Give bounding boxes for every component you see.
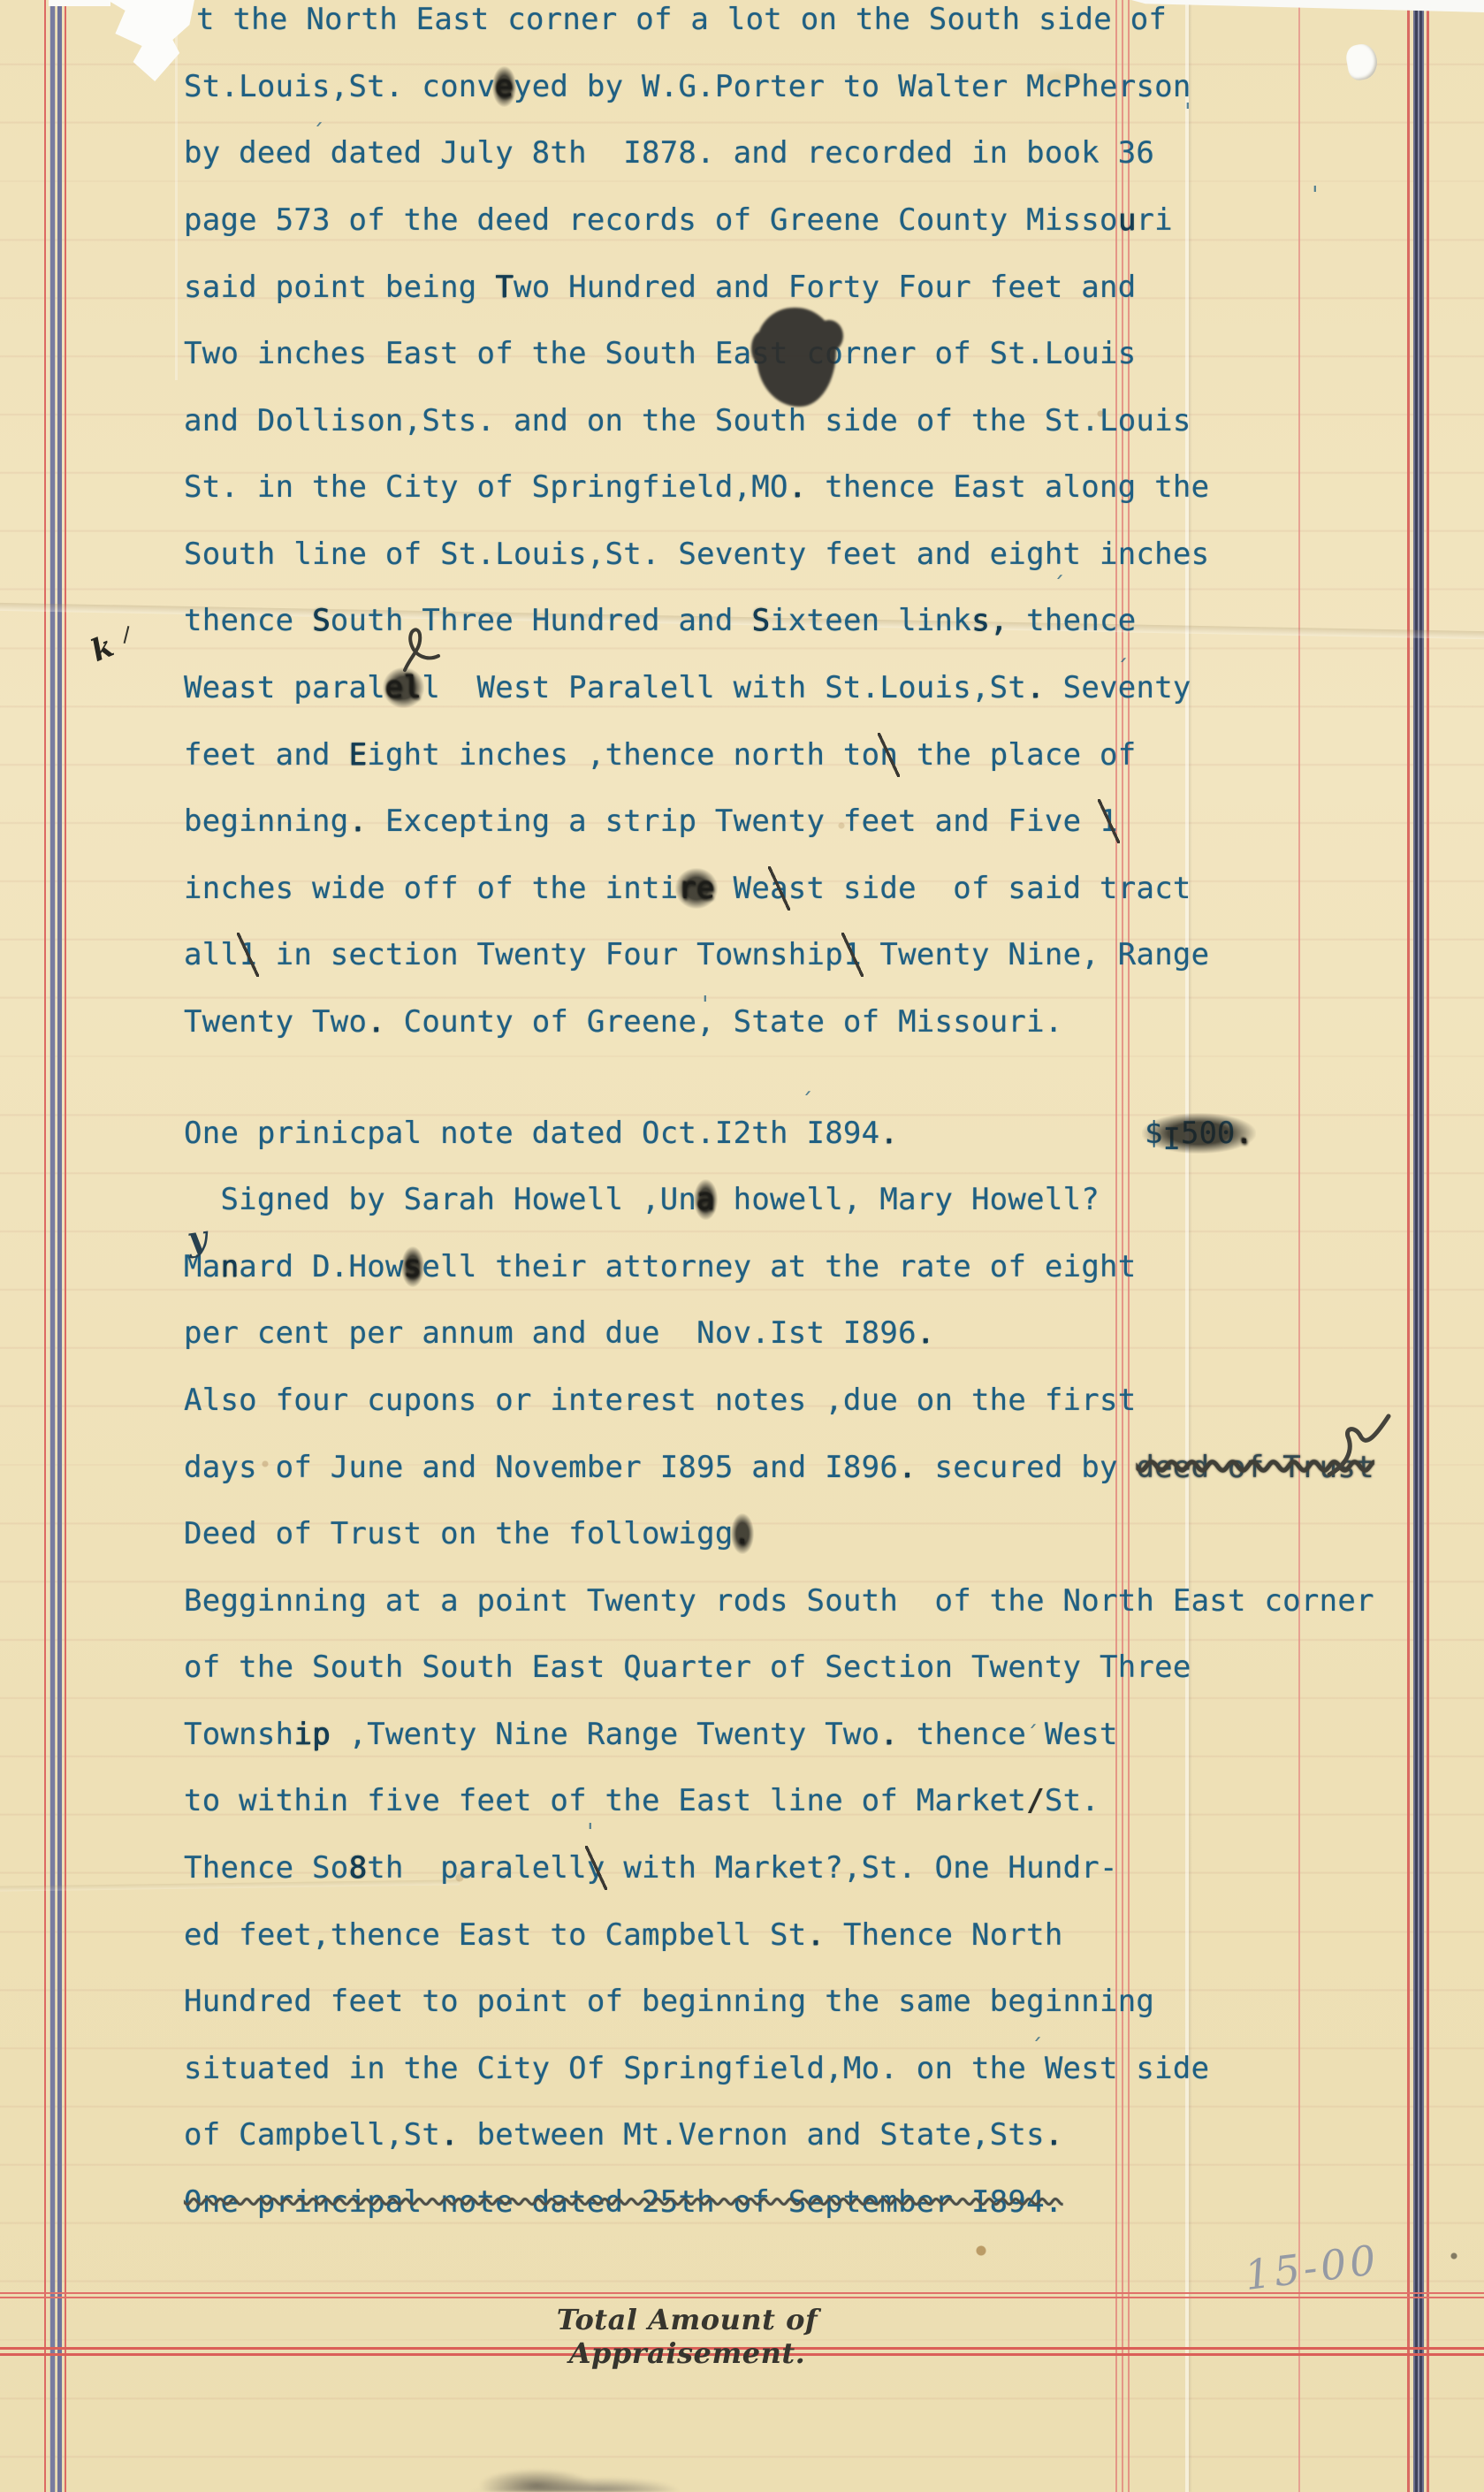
typed-line: St.Louis,St. conveyed by W.G.Porter to W… [184,69,1191,104]
typed-segment: We [715,871,770,906]
typed-line: to within five feet of the East line of … [184,1783,1100,1818]
typed-segment: ri [1136,202,1172,238]
typed-line: Manard D.Howsell their attorney at the r… [184,1249,1136,1284]
typed-segment: Signed by Sarah Howell ,Un [184,1182,696,1217]
stray-ink-mark: ' [1308,182,1322,209]
typed-segment-ov: re [678,871,714,906]
typed-line: said point being Two Hundred and Forty F… [184,270,1136,305]
typed-segment: St.Louis,St. conv [184,69,495,104]
typed-segment: Hundred feet to point of beginning the s… [184,1984,1154,2019]
typed-segment: secured by [917,1450,1137,1485]
typed-segment: Thence So [184,1850,348,1886]
stray-ink-mark: ´ [1030,2035,1044,2061]
typed-segment-dk: . [898,1450,917,1485]
ink-flourish-mark [1324,1411,1395,1482]
typed-segment: thence [1008,603,1136,638]
typed-line: inches wide off of the intire Weast side… [184,871,1191,906]
typed-segment-dk: . [806,1917,825,1953]
typed-line: thence South Three Hundred and Sixteen l… [184,603,1137,638]
typed-segment-sl: a [770,871,788,906]
typed-line: Two inches East of the South East corner… [184,336,1136,371]
stray-ink-mark: ' [583,1819,597,1846]
typed-segment: ed feet,thence East to Campbell St [184,1917,806,1953]
typed-line: feet and Eight inches ,thence north ton … [184,737,1136,773]
typed-segment: all [184,937,239,972]
typed-line: Hundred feet to point of beginning the s… [184,1984,1154,2019]
typed-line: situated in the City Of Springfield,Mo. … [184,2051,1209,2086]
typed-segment: ell their attorney at the rate of eight [422,1249,1136,1284]
typed-segment: Twenty Two [184,1004,367,1040]
typed-segment: said point being [184,270,495,305]
amount-column-red-line-3 [1128,0,1130,2492]
typed-segment: Townsh [184,1717,293,1752]
typed-segment: Twenty Nine, Range [862,937,1210,972]
typed-line: Twenty Two. County of Greene, State of M… [184,1004,1063,1040]
typed-segment-ov: . [1235,1116,1252,1151]
typed-segment-dk: n [220,1249,239,1284]
typed-segment: beginning [184,804,348,839]
typed-line: St. in the City of Springfield,MO. thenc… [184,469,1209,505]
torn-edge-strip [49,0,110,6]
typed-segment: outh Three Hundred and [331,603,752,638]
typed-segment: feet and [184,737,348,773]
typed-segment: thence East along the [807,469,1210,505]
typed-segment: thence [184,603,312,638]
typed-segment-dk: . [879,1717,898,1752]
stray-ink-mark: ' [1181,99,1195,126]
typed-segment-pen: / [1026,1783,1045,1818]
typed-segment-dk: S [751,603,770,638]
cents-column-red-line [1298,0,1300,2492]
typed-segment: County of Greene, State of Missouri. [385,1004,1063,1040]
printed-footer-label: Total Amount of Appraisement. [455,2303,919,2370]
typed-segment-wavy2: One principal note dated 25th of Septemb… [184,2184,1063,2220]
typed-line: per cent per annum and due Nov.Ist I896. [184,1315,935,1351]
typed-segment: Two inches East of the South East corner… [184,336,1136,371]
typed-segment-ov: . [734,1516,752,1551]
amount-column-red-line-1 [1115,0,1117,2492]
typed-line: by deed dated July 8th I878. and recorde… [184,135,1154,171]
left-margin-blue-line-1 [50,0,55,2492]
typed-segment-dk: 8 [348,1850,367,1886]
typed-segment-dk: T [495,270,514,305]
stray-ink-mark: ´ [1052,573,1066,599]
typed-segment: per cent per annum and due Nov.Ist I896 [184,1315,917,1351]
typed-segment: between Mt.Vernon and State,Sts [459,2117,1045,2153]
typed-segment-dk: . [1045,2117,1063,2153]
typed-line: Begginning at a point Twenty rods South … [184,1583,1374,1619]
typed-line: Also four cupons or interest notes ,due … [184,1383,1136,1418]
torn-edge-top-right [1131,0,1484,12]
typed-segment: to within five feet of the East line of … [184,1783,1026,1818]
typed-segment-dk: S [312,603,331,638]
typed-segment: of Campbell,St [184,2117,440,2153]
typed-segment-sl: n [879,737,898,773]
typed-segment-dk: . [1026,670,1045,705]
handwritten-margin-mark: k [86,629,118,669]
typed-segment: st side of said tract [788,871,1191,906]
typed-segment: St. in the City of Springfield,MO [184,469,788,505]
typed-segment-sl: 1 [1100,804,1118,839]
typed-segment: Begginning at a point Twenty rods South … [184,1583,1374,1619]
typed-segment: l West Paralell with St.Louis,St [422,670,1026,705]
typed-segment: and Dollison,Sts. and on the South side … [184,403,1191,438]
typed-segment: Also four cupons or interest notes ,due … [184,1383,1136,1418]
typed-segment: One prinicpal note dated Oct.I2th I894 [184,1116,879,1151]
appraisal-document-page: t the North East corner of a lot on the … [0,0,1484,2492]
typed-segment-dk: . [367,1004,385,1040]
typed-segment: Thence North [825,1917,1062,1953]
typed-segment: t the North East corner of a lot on the … [196,2,1167,37]
typed-segment-dk: u [1118,202,1137,238]
typed-line: of the South South East Quarter of Secti… [184,1650,1191,1685]
typed-segment: Weast paral [184,670,385,705]
typed-segment: yed by W.G.Porter to Walter McPherson [514,69,1191,104]
left-margin-blue-line-2 [57,0,62,2492]
vertical-fold-crease [1185,0,1189,2492]
stray-ink-mark: ´ [800,1089,814,1116]
typed-segment: of the South South East Quarter of Secti… [184,1650,1191,1685]
typed-segment-dk: s, [971,603,1008,638]
typed-segment: ight inches ,thence north to [367,737,879,773]
typed-segment: situated in the City Of Springfield,Mo. … [184,2051,1209,2086]
typed-segment-dk: ip [293,1717,330,1752]
typed-segment: thence West [898,1717,1118,1752]
typed-segment: with Market?,St. One Hundr- [605,1850,1118,1886]
right-margin-red-line-outer [1407,0,1410,2492]
left-margin-red-line-inner [65,0,66,2492]
typed-segment: in section Twenty Four Township [257,937,843,972]
typed-line: ed feet,thence East to Campbell St. Then… [184,1917,1063,1953]
right-margin-red-line-inner [1427,0,1429,2492]
typed-segment-ov: a [696,1182,715,1217]
typed-segment: th paralell [367,1850,587,1886]
typed-segment-sl: 1 [843,937,862,972]
typed-segment: South line of St.Louis,St. Seventy feet … [184,537,1209,572]
typed-segment: ixteen link [770,603,971,638]
typed-line: Thence So8th paralelly with Market?,St. … [184,1850,1118,1886]
stray-ink-mark: ´ [311,120,325,147]
typed-line: and Dollison,Sts. and on the South side … [184,403,1191,438]
amount-column-red-line-2 [1122,0,1123,2492]
typed-segment: days of June and November I895 and I896 [184,1450,898,1485]
typed-segment: inches wide off of the inti [184,871,678,906]
typed-line: Township ,Twenty Nine Range Twenty Two. … [184,1717,1118,1752]
typed-segment-dk: . [788,469,807,505]
typed-segment-sl: y [587,1850,605,1886]
stray-ink-mark: ' [698,992,712,1018]
ink-loop-mark [398,622,444,677]
paper-chip-top-right [1344,42,1380,81]
typed-line: beginning. Excepting a strip Twenty feet… [184,804,1118,839]
typed-segment: by deed dated July 8th I878. and recorde… [184,135,1154,171]
typed-line: days of June and November I895 and I896.… [184,1450,1374,1485]
left-margin-red-line-outer [44,0,46,2492]
typed-segment-sl: 1 [239,937,257,972]
typed-line: of Campbell,St. between Mt.Vernon and St… [184,2117,1063,2153]
typed-segment: page 573 of the deed records of Greene C… [184,202,1118,238]
typed-line: One prinicpal note dated Oct.I2th I894. [184,1116,898,1151]
stray-ink-mark: ´ [1025,1722,1039,1749]
typed-line: t the North East corner of a lot on the … [196,2,1167,37]
typed-segment: Excepting a strip Twenty feet and Five [367,804,1100,839]
typed-line: South line of St.Louis,St. Seventy feet … [184,537,1209,572]
typed-segment-dk: . [440,2117,459,2153]
ink-blot [757,308,836,407]
typed-segment-dk: . [917,1315,935,1351]
typed-line: One principal note dated 25th of Septemb… [184,2184,1063,2220]
typed-segment: Deed of Trust on the followigg [184,1516,734,1551]
typed-line: Signed by Sarah Howell ,Una howell, Mary… [184,1182,1100,1217]
typed-segment-ov: e [495,69,514,104]
typed-line: Weast paralell West Paralell with St.Lou… [184,670,1191,705]
typed-line: page 573 of the deed records of Greene C… [184,202,1173,238]
typed-segment-dk: . [879,1116,898,1151]
typed-segment: howell, Mary Howell? [715,1182,1100,1217]
bottom-edge-smudge [446,2459,703,2492]
typed-segment: the place of [898,737,1136,773]
typed-segment-dk: E [348,737,367,773]
typed-segment: ard D.How [239,1249,403,1284]
typed-segment: ,Twenty Nine Range Twenty Two [331,1717,880,1752]
handwritten-amount-pencil: 15-00 [1242,2236,1381,2299]
typed-line: all1 in section Twenty Four Township1 Tw… [184,937,1209,972]
typed-line: Deed of Trust on the followigg. [184,1516,751,1551]
stray-ink-mark: ´ [1115,656,1130,682]
handwritten-tick-mark [124,626,130,644]
right-margin-blue-band [1413,0,1424,2492]
typed-segment-dk: . [348,804,367,839]
typed-segment: wo Hundred and Forty Four feet and [514,270,1136,305]
torn-corner-top-left [95,0,194,88]
typed-segment-ov: s [404,1249,422,1284]
typed-segment: St. [1045,1783,1100,1818]
amount-note: $I500. [1145,1116,1253,1151]
